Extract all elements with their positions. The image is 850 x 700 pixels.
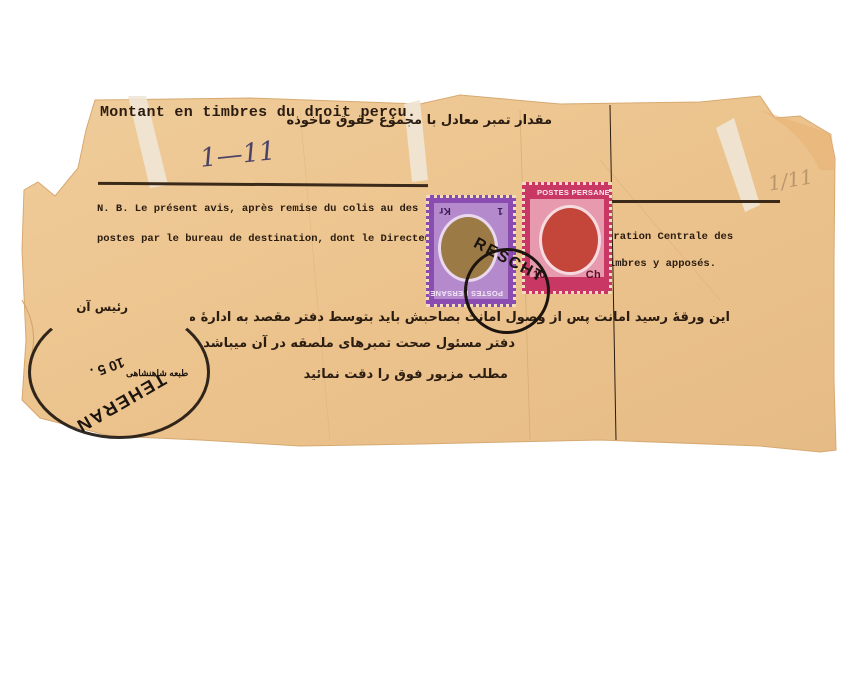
postmark-teheran-persian: طبعه شاهنشاهی	[126, 368, 188, 379]
divider-rule-right	[610, 200, 780, 203]
stamp-1-value: 1	[497, 205, 503, 216]
persian-line1: این ورقهٔ رسید امانت پس از وصول امانت بص…	[190, 310, 730, 325]
persian-line3: مطلب مزبور فوق را دقت نمائید	[304, 367, 508, 382]
stamp-2-label: POSTES PERSANES	[537, 188, 612, 197]
persian-line2: دفتر مسئول صحت تمبرهای ملصقه در آن میباش…	[203, 336, 515, 351]
nb-line2-left: postes par le bureau de destination, don…	[97, 233, 437, 245]
header-persian: مقدار تمبر معادل با مجموع حقوق ماخوذه	[287, 113, 552, 128]
stamp-2-unit: Ch	[586, 269, 601, 281]
stamp-2-center	[539, 205, 601, 275]
stamp-1-unit: Kr	[439, 205, 451, 216]
nb-line1-left: N. B. Le présent avis, après remise du c…	[97, 203, 418, 215]
